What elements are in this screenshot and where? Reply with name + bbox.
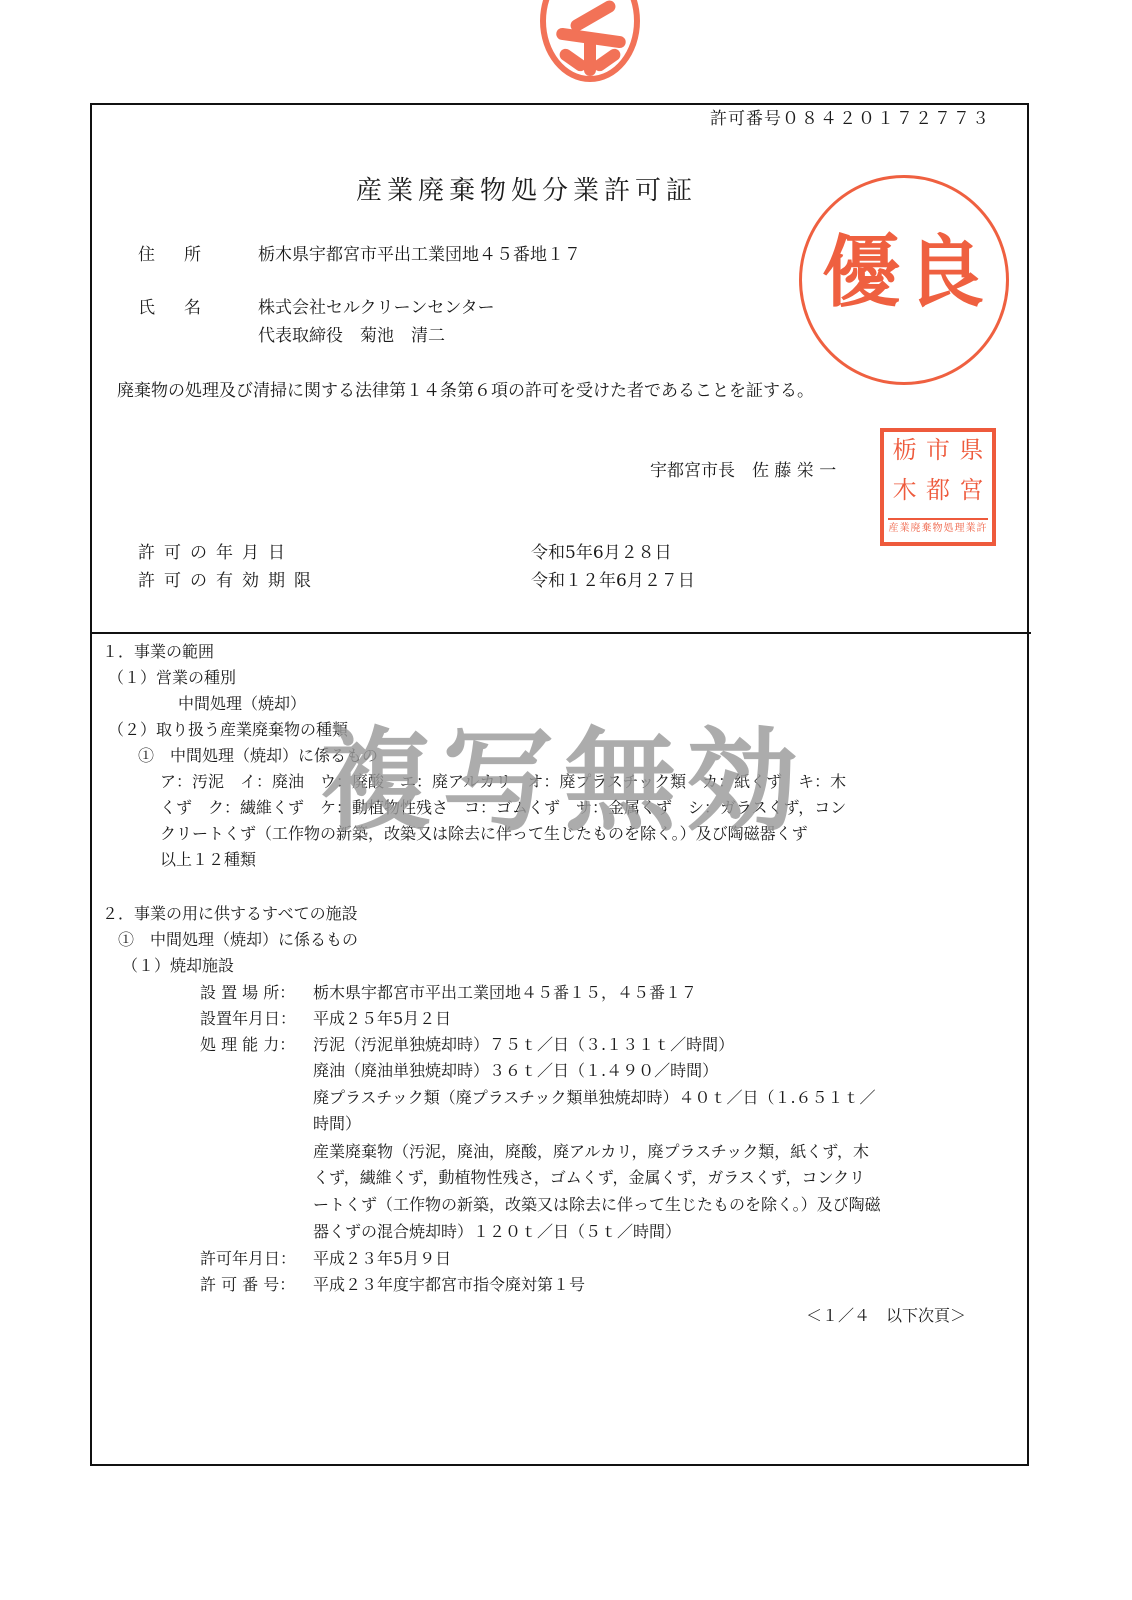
location-value: 栃木県宇都宮市平出工業団地４５番１５，４５番１７ bbox=[313, 983, 697, 1003]
waste-count: 以上１２種類 bbox=[160, 850, 256, 870]
capacity-line: 廃油（廃油単独焼却時）３６ｔ／日（１.４９０／時間） bbox=[313, 1061, 718, 1081]
capacity-line: 廃プラスチック類（廃プラスチック類単独焼却時）４０ｔ／日（１.６５１ｔ／ bbox=[313, 1088, 876, 1108]
seal-footer: 産業廃棄物処理業許可証専用 bbox=[888, 518, 988, 538]
name-label: 氏 名 bbox=[138, 297, 207, 319]
capacity-line: ートくず（工作物の新築，改築又は除去に伴って生じたものを除く。）及び陶磁 bbox=[313, 1195, 881, 1215]
seal-char: 県 bbox=[955, 436, 988, 476]
issuer-name: 宇都宮市長 佐 藤 栄 一 bbox=[650, 460, 836, 482]
seal-char: 木 bbox=[888, 476, 921, 516]
copy-invalid-watermark: 複写無効 bbox=[320, 726, 808, 838]
seal-char: 都 bbox=[921, 476, 954, 516]
mayor-official-seal: 栃 市 県 木 都 宮 産業廃棄物処理業許可証専用 bbox=[880, 428, 996, 546]
permit-number-value: ０８４２０１７２７７３ bbox=[782, 109, 991, 129]
company-name: 株式会社セルクリーンセンター bbox=[258, 297, 495, 319]
permit-number-label: 許可番号 bbox=[710, 109, 782, 129]
seal-char: 市 bbox=[921, 436, 954, 476]
representative-name: 代表取締役 菊池 清二 bbox=[258, 325, 445, 347]
capacity-line: 器くずの混合焼却時）１２０ｔ／日（５ｔ／時間） bbox=[313, 1222, 681, 1242]
address-label: 住 所 bbox=[138, 244, 207, 266]
waste-types-heading: （２）取り扱う産業廃棄物の種類 bbox=[108, 720, 348, 740]
facility-permit-no-label: 許 可 番 号： bbox=[200, 1275, 295, 1295]
capacity-line: 時間） bbox=[313, 1114, 361, 1134]
page-indicator: ＜１／４ 以下次頁＞ bbox=[806, 1306, 966, 1326]
location-label: 設 置 場 所： bbox=[200, 983, 295, 1003]
install-date-value: 平成２５年5月２日 bbox=[313, 1009, 451, 1029]
permit-date-value: 令和5年6月２８日 bbox=[531, 542, 672, 564]
capacity-line: 汚泥（汚泥単独焼却時）７５ｔ／日（３.１３１ｔ／時間） bbox=[313, 1035, 734, 1055]
address-value: 栃木県宇都宮市平出工業団地４５番地１７ bbox=[258, 244, 581, 266]
section-divider bbox=[90, 632, 1031, 634]
excellent-rating-stamp: 優 良 bbox=[799, 175, 1009, 385]
permit-number: 許可番号０８４２０１７２７７３ bbox=[710, 108, 991, 130]
facility-permit-date-value: 平成２３年5月９日 bbox=[313, 1249, 451, 1269]
facilities-sub-heading: ① 中間処理（焼却）に係るもの bbox=[118, 930, 358, 950]
facility-permit-no-value: 平成２３年度宇都宮市指令廃対第１号 bbox=[313, 1275, 585, 1295]
expiry-value: 令和１２年6月２７日 bbox=[531, 570, 695, 592]
capacity-line: 産業廃棄物（汚泥，廃油，廃酸，廃アルカリ，廃プラスチック類，紙くず，木 bbox=[313, 1142, 869, 1162]
capacity-label: 処 理 能 力： bbox=[200, 1035, 295, 1055]
seal-char: 宮 bbox=[955, 476, 988, 516]
stamp-char: 優 bbox=[822, 234, 900, 312]
certification-statement: 廃棄物の処理及び清掃に関する法律第１４条第６項の許可を受けた者であることを証する… bbox=[117, 380, 814, 402]
partial-seal-stamp bbox=[540, 0, 640, 82]
scope-heading: １．事業の範囲 bbox=[102, 642, 214, 662]
stamp-char: 良 bbox=[906, 234, 984, 312]
install-date-label: 設置年月日： bbox=[200, 1009, 296, 1029]
permit-date-label: 許可の年月日 bbox=[138, 542, 294, 564]
business-type-heading: （１）営業の種別 bbox=[108, 668, 236, 688]
seal-char: 栃 bbox=[888, 436, 921, 476]
page-title: 産業廃棄物処分業許可証 bbox=[356, 170, 697, 207]
expiry-label: 許可の有効期限 bbox=[138, 570, 320, 592]
incinerator-heading: （１）焼却施設 bbox=[122, 956, 234, 976]
business-type: 中間処理（焼却） bbox=[178, 694, 306, 714]
capacity-line: くず，繊維くず，動植物性残さ，ゴムくず，金属くず，ガラスくず，コンクリ bbox=[313, 1168, 865, 1188]
facilities-heading: ２．事業の用に供するすべての施設 bbox=[102, 904, 358, 924]
facility-permit-date-label: 許可年月日： bbox=[200, 1249, 296, 1269]
